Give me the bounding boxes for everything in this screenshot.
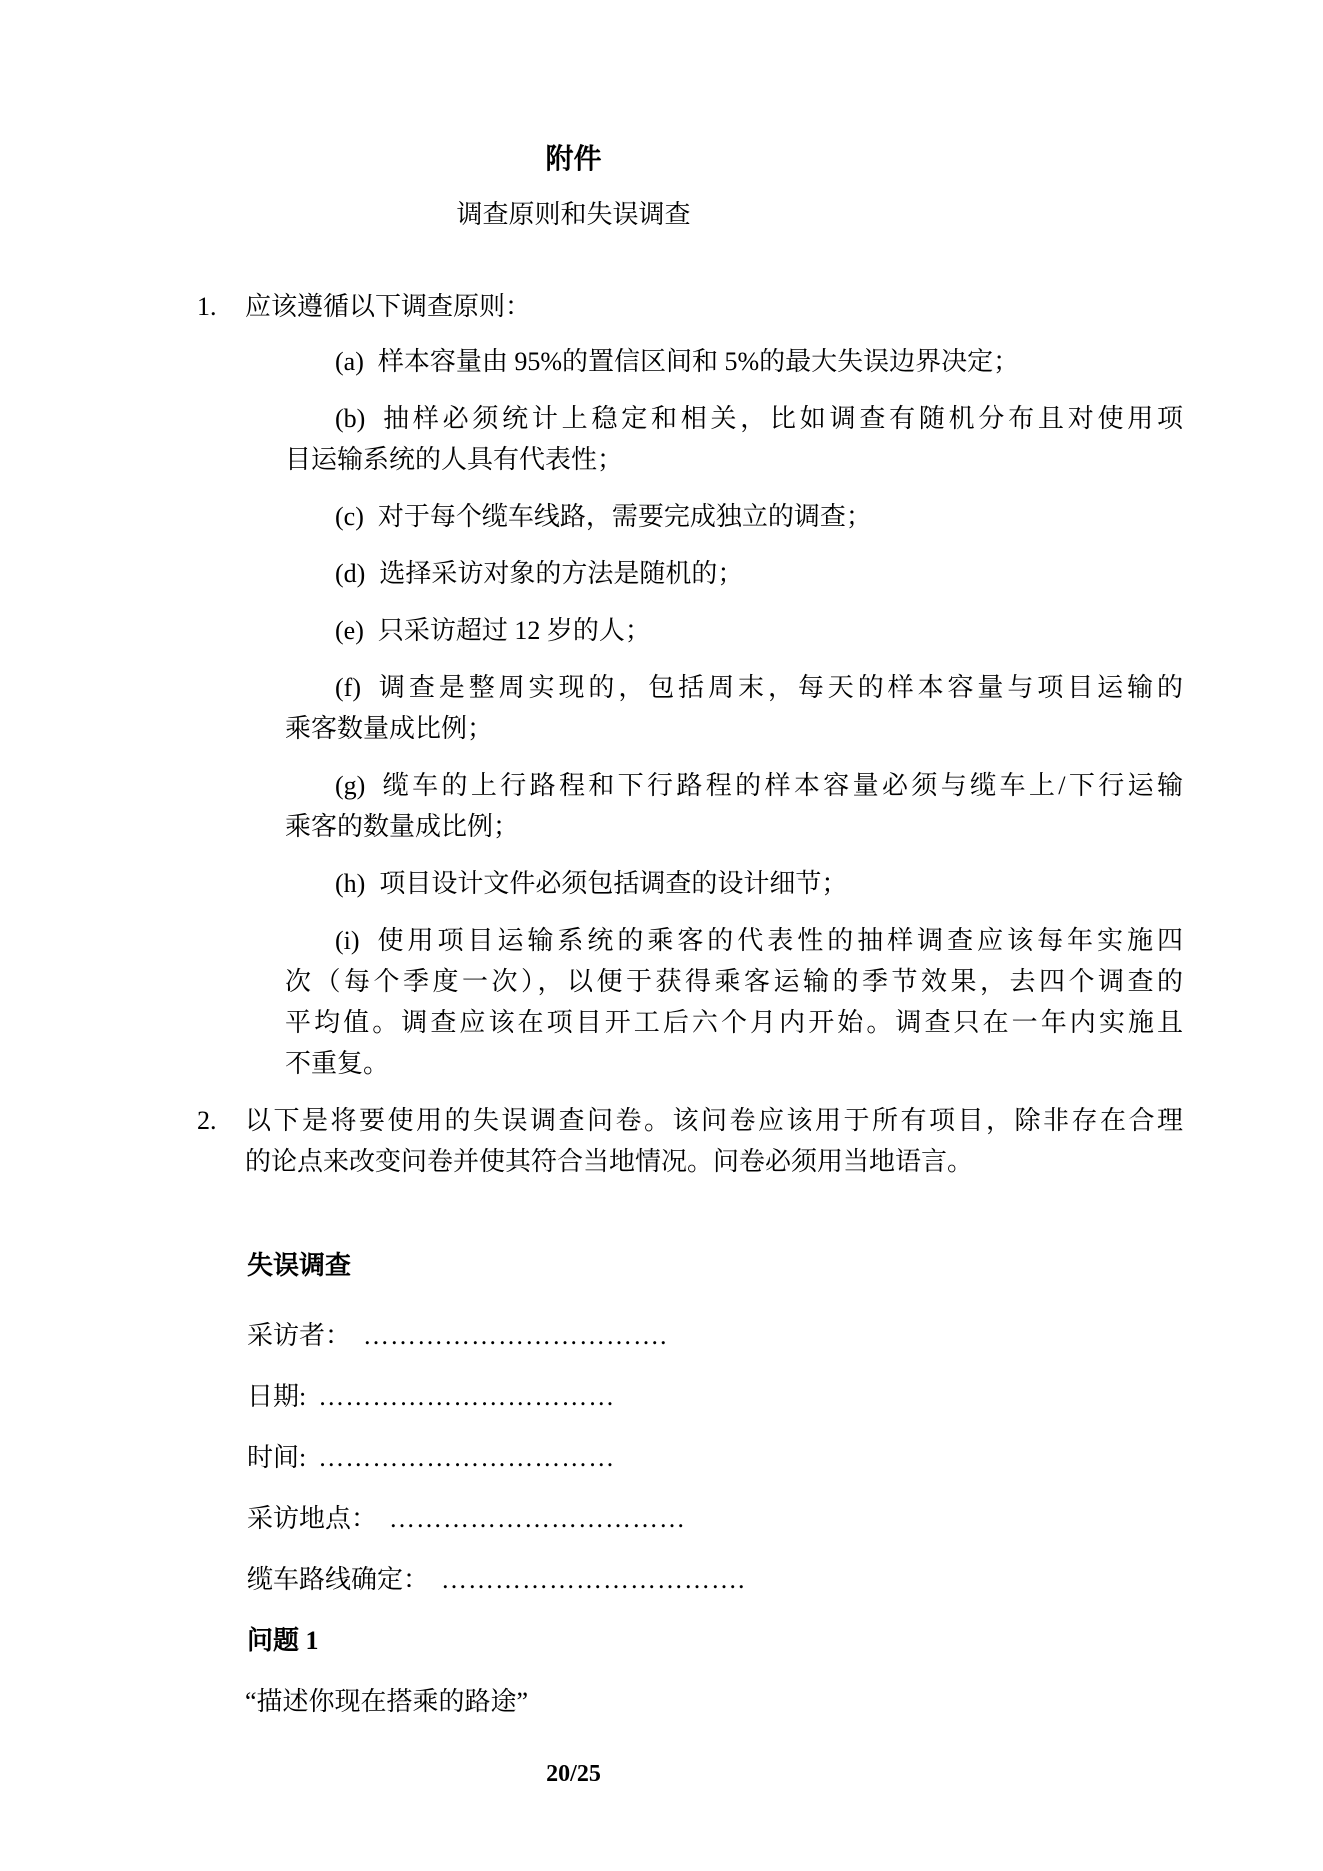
section-2-line: 的论点来改变问卷并使其符合当地情况。问卷必须用当地语言。: [245, 1141, 1183, 1182]
item-label: (e): [335, 616, 364, 645]
item-line: (e)只采访超过 12 岁的人；: [335, 610, 1183, 651]
page-content: 附件 调查原则和失误调查 1. 应该遵循以下调查原则： (a)样本容量由 95%…: [197, 139, 1183, 1795]
question-1-text: “描述你现在搭乘的路途”: [197, 1681, 1183, 1722]
section-1: 1. 应该遵循以下调查原则：: [197, 286, 1183, 327]
section-1-intro: 应该遵循以下调查原则：: [245, 292, 531, 321]
survey-heading: 失误调查: [197, 1245, 1183, 1286]
item-line: (i)使用项目运输系统的乘客的代表性的抽样调查应该每年实施四: [335, 920, 1183, 961]
field-label: 缆车路线确定：: [247, 1565, 429, 1594]
dotted-line: ……………………………: [389, 1504, 686, 1533]
item-line: 乘客的数量成比例；: [285, 806, 1183, 847]
item-line: 不重复。: [285, 1043, 1183, 1084]
item-label: (b): [335, 404, 365, 433]
item-label: (h): [335, 869, 365, 898]
item-line: 乘客数量成比例；: [285, 708, 1183, 749]
item-line: 目运输系统的人具有代表性；: [285, 439, 1183, 480]
item-label: (g): [335, 771, 365, 800]
item-line: (d)选择采访对象的方法是随机的；: [335, 553, 1183, 594]
list-item-i: (i)使用项目运输系统的乘客的代表性的抽样调查应该每年实施四 次（每个季度一次）…: [197, 920, 1183, 1084]
item-text: 项目设计文件必须包括调查的设计细节；: [379, 869, 847, 898]
list-item-c: (c)对于每个缆车线路，需要完成独立的调查；: [197, 496, 1183, 537]
document-subtitle: 调查原则和失误调查: [197, 194, 950, 235]
item-text: 选择采访对象的方法是随机的；: [379, 559, 743, 588]
item-label: (a): [335, 347, 364, 376]
list-item-a: (a)样本容量由 95%的置信区间和 5%的最大失误边界决定；: [197, 341, 1183, 382]
form-field-interviewer: 采访者：…………………………….: [197, 1315, 1183, 1356]
page-number: 20/25: [197, 1754, 950, 1795]
list-item-b: (b)抽样必须统计上稳定和相关，比如调查有随机分布且对使用项 目运输系统的人具有…: [197, 398, 1183, 480]
item-label: (c): [335, 502, 364, 531]
field-label: 采访者：: [247, 1321, 351, 1350]
field-label: 日期:: [247, 1382, 306, 1411]
dotted-line: ……………………………: [318, 1443, 615, 1472]
item-label: (f): [335, 673, 361, 702]
form-field-cable-route: 缆车路线确定：…………………………….: [197, 1559, 1183, 1600]
list-item-h: (h)项目设计文件必须包括调查的设计细节；: [197, 863, 1183, 904]
list-item-f: (f)调查是整周实现的，包括周末，每天的样本容量与项目运输的 乘客数量成比例；: [197, 667, 1183, 749]
question-1-heading: 问题 1: [197, 1620, 1183, 1661]
item-text: 缆车的上行路程和下行路程的样本容量必须与缆车上/下行运输: [379, 771, 1183, 800]
item-line: 平均值。调查应该在项目开工后六个月内开始。调查只在一年内实施且: [285, 1002, 1183, 1043]
item-line: (b)抽样必须统计上稳定和相关，比如调查有随机分布且对使用项: [335, 398, 1183, 439]
item-line: 次（每个季度一次），以便于获得乘客运输的季节效果，去四个调查的: [285, 961, 1183, 1002]
item-line: (a)样本容量由 95%的置信区间和 5%的最大失误边界决定；: [335, 341, 1183, 382]
item-text: 只采访超过 12 岁的人；: [378, 616, 651, 645]
document-page: 附件 调查原则和失误调查 1. 应该遵循以下调查原则： (a)样本容量由 95%…: [0, 0, 1323, 1871]
item-label: (i): [335, 926, 360, 955]
item-line: (h)项目设计文件必须包括调查的设计细节；: [335, 863, 1183, 904]
item-text: 使用项目运输系统的乘客的代表性的抽样调查应该每年实施四: [374, 926, 1183, 955]
item-line: (g)缆车的上行路程和下行路程的样本容量必须与缆车上/下行运输: [335, 765, 1183, 806]
item-text: 调查是整周实现的，包括周末，每天的样本容量与项目运输的: [375, 673, 1183, 702]
item-line: (c)对于每个缆车线路，需要完成独立的调查；: [335, 496, 1183, 537]
field-label: 采访地点：: [247, 1504, 377, 1533]
section-2-number: 2.: [197, 1100, 217, 1141]
list-item-d: (d)选择采访对象的方法是随机的；: [197, 553, 1183, 594]
item-label: (d): [335, 559, 365, 588]
dotted-line: ……………………………: [318, 1382, 615, 1411]
list-item-e: (e)只采访超过 12 岁的人；: [197, 610, 1183, 651]
dotted-line: …………………………….: [363, 1321, 668, 1350]
item-text: 样本容量由 95%的置信区间和 5%的最大失误边界决定；: [378, 347, 1019, 376]
form-field-time: 时间:……………………………: [197, 1437, 1183, 1478]
document-title: 附件: [197, 139, 950, 180]
section-2-line: 以下是将要使用的失误调查问卷。该问卷应该用于所有项目，除非存在合理: [245, 1100, 1183, 1141]
dotted-line: …………………………….: [441, 1565, 746, 1594]
section-2: 2. 以下是将要使用的失误调查问卷。该问卷应该用于所有项目，除非存在合理 的论点…: [197, 1100, 1183, 1182]
item-line: (f)调查是整周实现的，包括周末，每天的样本容量与项目运输的: [335, 667, 1183, 708]
field-label: 时间:: [247, 1443, 306, 1472]
list-item-g: (g)缆车的上行路程和下行路程的样本容量必须与缆车上/下行运输 乘客的数量成比例…: [197, 765, 1183, 847]
form-field-date: 日期:……………………………: [197, 1376, 1183, 1417]
form-field-location: 采访地点：……………………………: [197, 1498, 1183, 1539]
item-text: 抽样必须统计上稳定和相关，比如调查有随机分布且对使用项: [379, 404, 1183, 433]
item-text: 对于每个缆车线路，需要完成独立的调查；: [378, 502, 872, 531]
section-1-number: 1.: [197, 286, 217, 327]
